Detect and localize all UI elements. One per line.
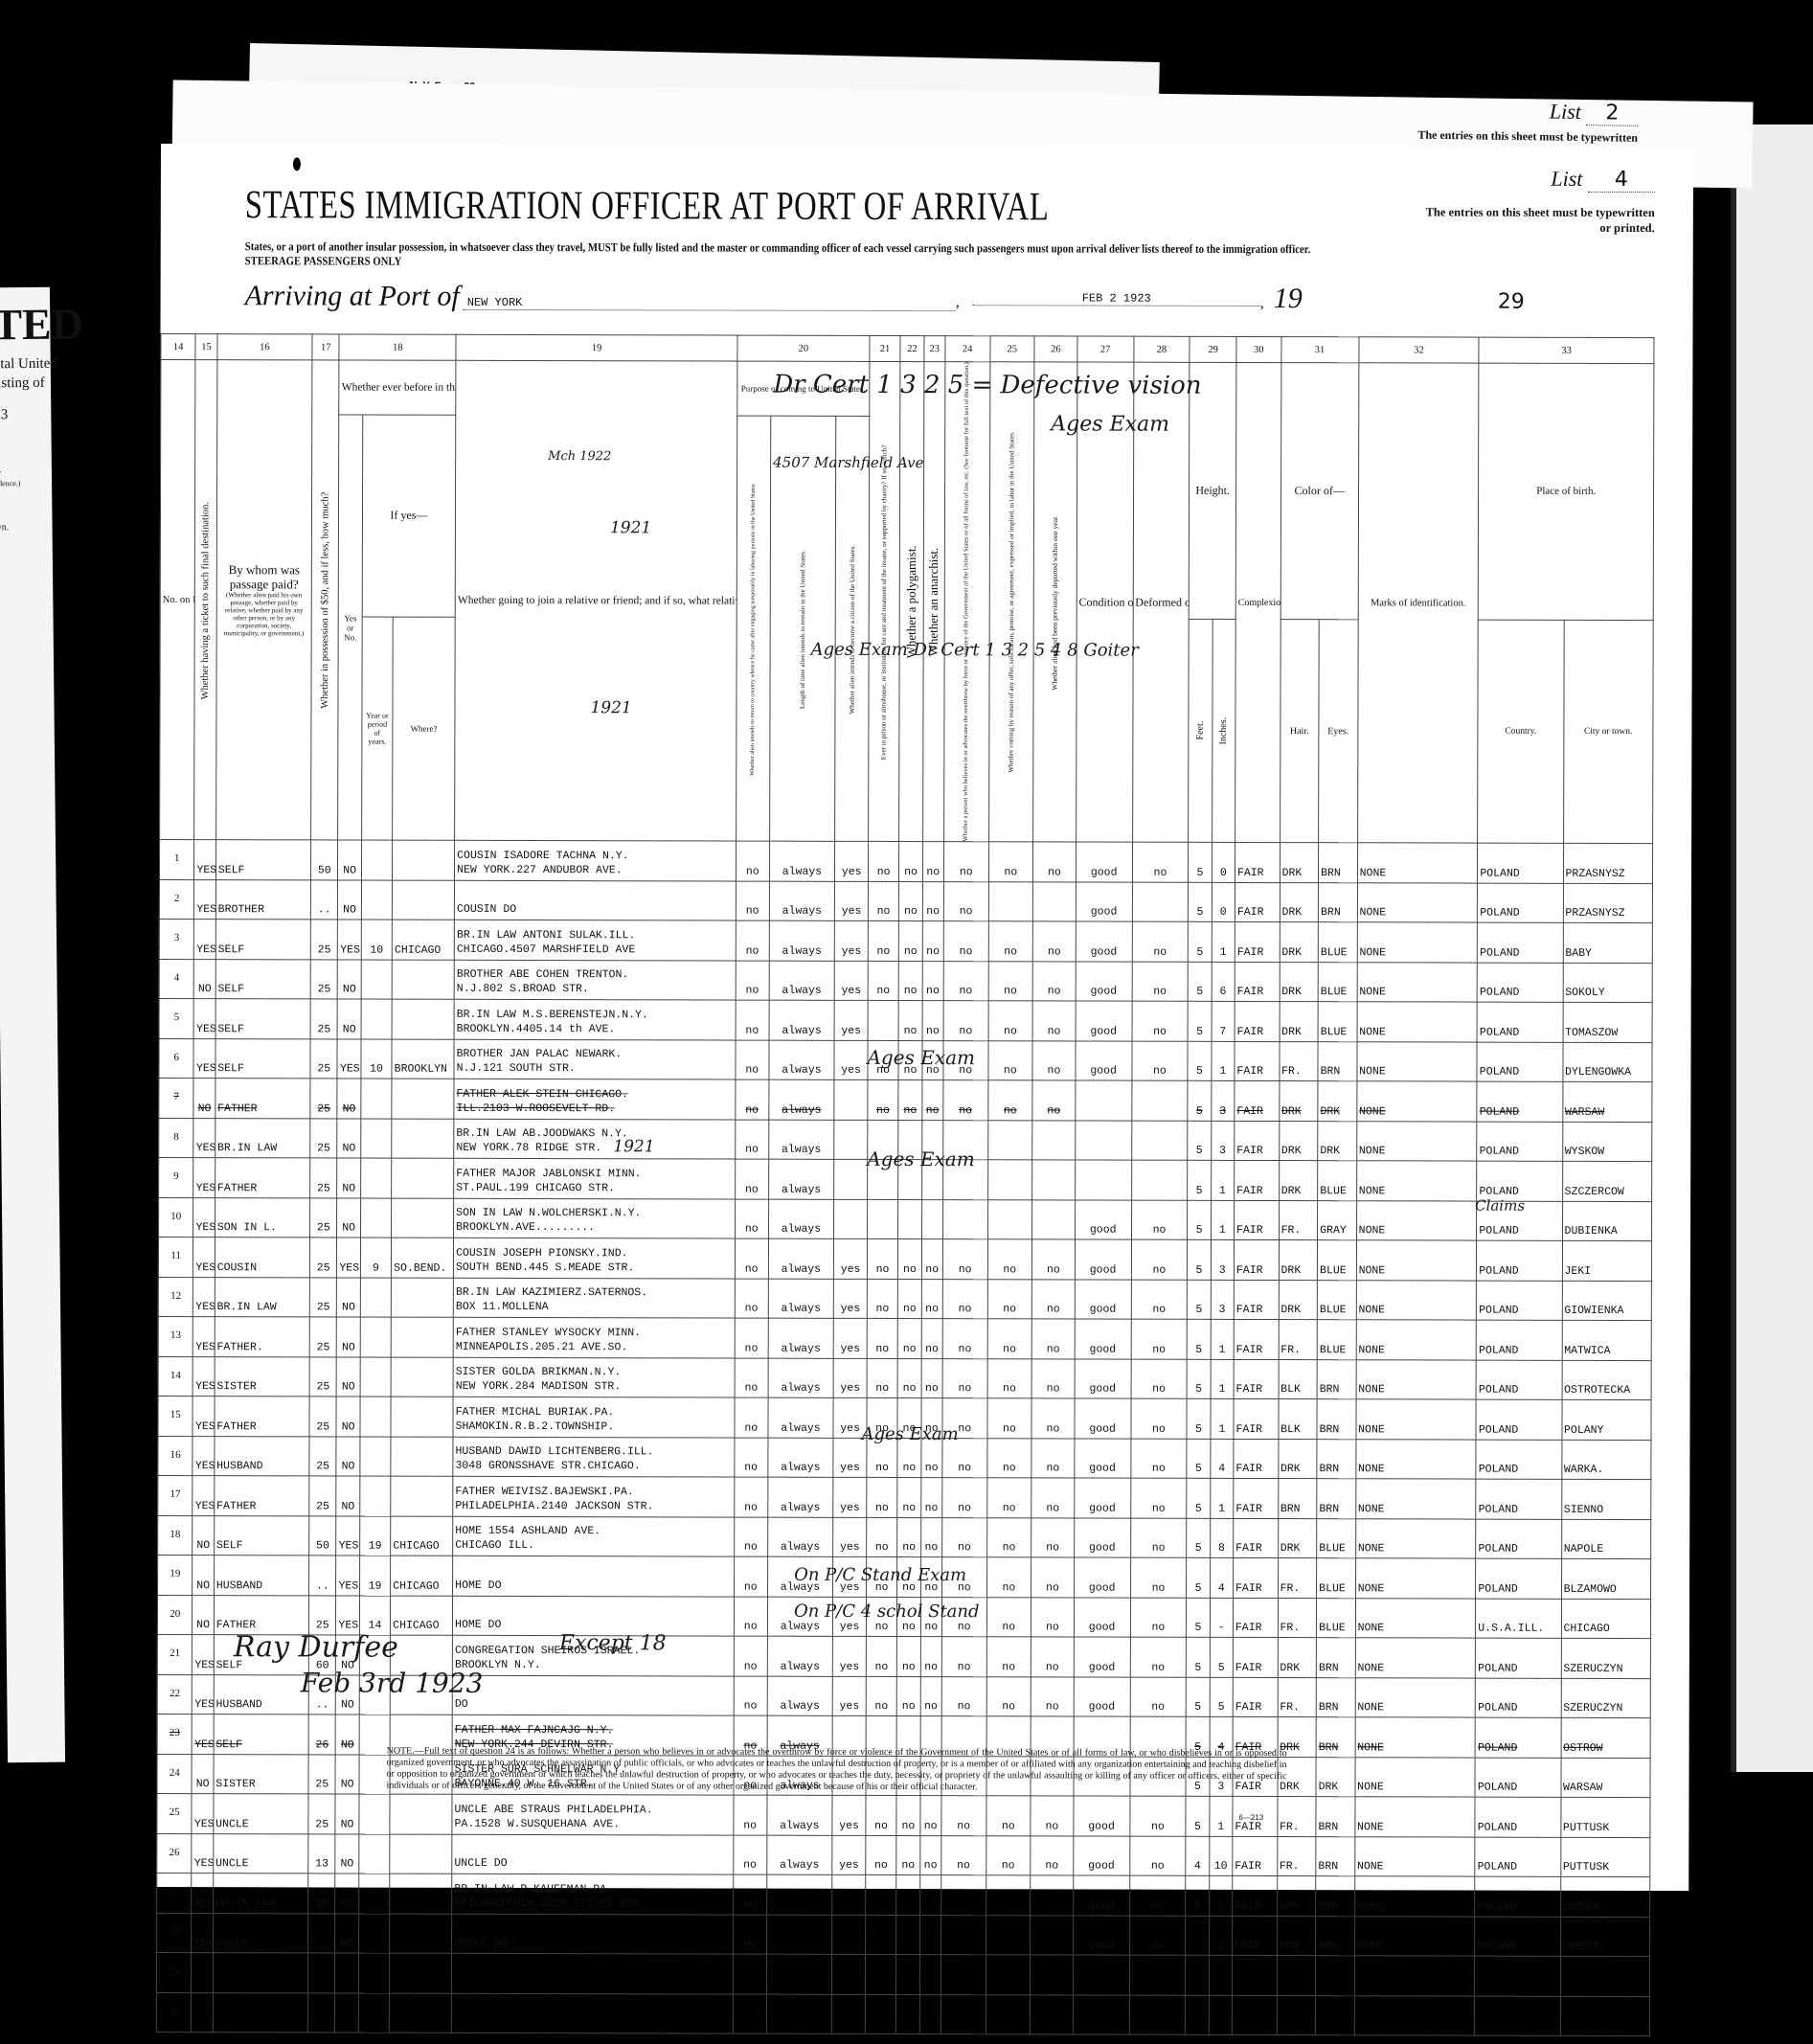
prison-cell [865, 1994, 896, 2034]
return-intent-cell: no [734, 1636, 767, 1676]
join-address-cell: FATHER ALEK STEIN CHICAGO.ILL.2103 W.ROO… [454, 1079, 736, 1120]
page-title: STATES IMMIGRATION OFFICER AT PORT OF AR… [245, 182, 1050, 230]
citizen-intent-cell: yes [833, 1438, 867, 1478]
paid-by-cell: COUSIN [215, 1238, 309, 1278]
deformed-cell: no [1131, 1280, 1188, 1320]
polygamist-cell [898, 1120, 921, 1160]
polygamist-cell [896, 1915, 919, 1955]
q25-cell: no [986, 1637, 1031, 1677]
return-intent-cell: no [736, 1079, 769, 1120]
marks-cell: NONE [1355, 1758, 1476, 1798]
row-number: 19 [158, 1556, 193, 1596]
ticket-cell: YES [194, 840, 215, 880]
eye-color-cell: BRN [1319, 843, 1358, 883]
anarchist-cell [921, 1199, 942, 1239]
left-sheet-line: 23 [0, 407, 8, 423]
citizen-intent-cell [832, 1915, 866, 1955]
ticket-cell: YES [192, 1833, 213, 1874]
join-line-2: UNCLE DO [454, 1856, 731, 1872]
before-in-us-cell: YES [338, 920, 361, 960]
height-inches-cell: 1 [1210, 1479, 1233, 1519]
q25-cell [988, 882, 1033, 922]
join-address-cell: CONGREGATION SHEIROS ISRAEL.BROOKLYN N.Y… [452, 1636, 734, 1676]
length-of-stay-cell: always [768, 1358, 834, 1398]
city-cell: SZERUCZYN [1561, 1639, 1651, 1679]
citizen-intent-cell: yes [834, 1239, 868, 1280]
where-cell: CHICAGO [392, 920, 454, 960]
row-number: 27 [157, 1874, 193, 1914]
header-color-of: Color of— [1280, 363, 1359, 620]
deported-cell [1032, 1121, 1076, 1161]
where-cell [390, 1675, 452, 1715]
header-deported: Whether alien had been previously deport… [1033, 362, 1077, 842]
passenger-row: 10YESSON IN L.25NOSON IN LAW N.WOLCHERSK… [159, 1197, 1652, 1241]
length-of-stay-cell: always [768, 1238, 834, 1279]
country-cell: POLAND [1475, 1917, 1560, 1957]
return-intent-cell: no [735, 1397, 768, 1438]
citizen-intent-cell [832, 1875, 866, 1916]
q24-cell [942, 1199, 987, 1239]
deported-cell: no [1032, 1080, 1076, 1121]
ticket-cell: NO [192, 1754, 213, 1794]
join-line-1: SISTER GOLDA BRIKMAN.N.Y. [456, 1365, 733, 1380]
join-address-cell: SON IN LAW N.WOLCHERSKI.N.Y.BROOKLYN.AVE… [454, 1198, 736, 1238]
prison-cell: no [866, 1835, 897, 1875]
year-cell [360, 1198, 392, 1238]
join-line-1: FATHER MICHAL BURIAK.PA. [456, 1405, 733, 1420]
before-in-us-cell: NO [338, 999, 361, 1039]
citizen-intent-cell: yes [832, 1796, 866, 1836]
height-feet-cell: 5 [1186, 1876, 1209, 1917]
join-line-1: UNCLE ABE STRAUS PHILADELPHIA. [455, 1803, 732, 1818]
prison-cell: no [868, 1080, 899, 1121]
height-inches-cell: 1 [1211, 1320, 1234, 1360]
join-line-2: PA.1528 W.SUSQUEHANA AVE. [454, 1817, 731, 1832]
marks-cell: NONE [1356, 1201, 1477, 1241]
q24-cell: no [942, 1319, 987, 1359]
ticket-cell: YES [193, 1277, 215, 1317]
join-line-2: NEW YORK.227 ANDUBOR AVE. [457, 863, 734, 878]
country-cell: POLAND [1477, 1240, 1562, 1281]
row-number: 10 [159, 1197, 194, 1238]
citizen-intent-cell: yes [835, 842, 869, 882]
length-of-stay-cell [766, 1954, 832, 1994]
height-feet-cell: 5 [1187, 1399, 1210, 1440]
country-cell: POLAND [1478, 883, 1563, 923]
complexion-cell: FAIR [1235, 1081, 1280, 1122]
hair-color-cell: FR. [1278, 1558, 1317, 1599]
before-in-us-cell: NO [336, 1437, 359, 1477]
eye-color-cell: BLUE [1318, 922, 1357, 963]
length-of-stay-cell: always [766, 1835, 832, 1875]
height-feet-cell: 5 [1187, 1638, 1210, 1678]
height-feet-cell: 5 [1189, 843, 1212, 883]
header-passage-paid: By whom was passage paid? (Whether alien… [215, 360, 312, 841]
before-in-us-cell: NO [337, 1079, 360, 1119]
country-cell: POLAND [1475, 1797, 1560, 1837]
arrival-line: Arriving at Port of NEW YORK, FEB 2 1923… [245, 280, 1525, 315]
join-line-2: N.J.121 SOUTH STR. [457, 1061, 734, 1077]
join-address-cell: FATHER MAJOR JABLONSKI MINN.ST.PAUL.199 … [454, 1159, 736, 1199]
year-cell: 9 [360, 1238, 392, 1278]
join-line-2: NEW YORK.284 MADISON STR. [456, 1379, 733, 1395]
eye-color-cell: BRN [1316, 1677, 1355, 1717]
join-line-1: BR.IN LAW P.KAUFFMAN.PA. [454, 1882, 731, 1897]
q24-cell: no [942, 1478, 987, 1518]
polygamist-cell: no [897, 1637, 920, 1677]
left-sheet-line: wn. [0, 522, 9, 533]
year-cell: 14 [359, 1596, 391, 1636]
row-number: 22 [157, 1674, 193, 1715]
anarchist-cell: no [921, 1398, 942, 1439]
eye-color-cell: BRN [1318, 1041, 1357, 1081]
return-intent-cell: no [736, 1120, 769, 1160]
row-number: 3 [159, 920, 194, 960]
q25-cell: no [986, 1836, 1031, 1876]
passenger-row: 16YESHUSBAND25NOHUSBAND DAWID LICHTENBER… [158, 1436, 1651, 1480]
polygamist-cell: no [898, 1239, 921, 1280]
marks-cell: NONE [1356, 1081, 1477, 1122]
year-cell [359, 1755, 391, 1795]
q24-cell: no [943, 961, 988, 1001]
hair-color-cell: DRK [1279, 1081, 1318, 1122]
health-cell: good [1073, 1916, 1129, 1956]
left-sheet-line: n. [0, 465, 1, 475]
year-cell [360, 1357, 392, 1397]
citizen-intent-cell [832, 1955, 866, 1995]
passenger-row: 21YESSELF60NOCONGREGATION SHEIROS ISRAEL… [157, 1635, 1650, 1679]
year-cell [358, 1953, 390, 1993]
polygamist-cell: no [897, 1517, 920, 1557]
anarchist-cell: no [919, 1835, 940, 1875]
prison-cell: no [867, 1319, 898, 1359]
where-cell [392, 1198, 454, 1238]
paid-by-cell: FATHER [214, 1595, 308, 1635]
header-q24: Whether a person who believes in or advo… [944, 362, 990, 842]
citizen-intent-cell: yes [833, 1478, 867, 1518]
city-cell: MATWICA [1562, 1321, 1652, 1361]
before-in-us-cell [335, 1953, 358, 1993]
deported-cell [1031, 1955, 1074, 1995]
hair-color-cell: BLK [1279, 1399, 1318, 1440]
paid-by-cell: HUSBAND [215, 1436, 309, 1476]
deported-cell [1031, 1875, 1074, 1916]
join-address-cell: BR.IN LAW KAZIMIERZ.SATERNOS.BOX 11.MOLL… [453, 1278, 735, 1318]
prison-cell: no [866, 1557, 897, 1598]
where-cell [393, 880, 455, 920]
passenger-row: 1YESSELF50NOCOUSIN ISADORE TACHNA N.Y.NE… [159, 840, 1652, 884]
header-city: City or town. [1563, 620, 1653, 844]
money-cell: 38 [308, 1874, 335, 1914]
before-in-us-cell: NO [337, 1119, 360, 1159]
city-cell: WARSAW [1562, 1082, 1652, 1123]
q25-cell: no [988, 842, 1033, 882]
left-sheet-line: ntal United [0, 356, 57, 374]
prison-cell [868, 1160, 899, 1200]
height-feet-cell: 5 [1188, 1280, 1211, 1320]
q25-cell: no [986, 1439, 1031, 1479]
height-feet-cell [1186, 1956, 1209, 1996]
deported-cell: no [1031, 1518, 1075, 1558]
join-line-2: ST.PAUL.199 CHICAGO STR. [456, 1181, 733, 1196]
passenger-row: 18NOSELF50YES19CHICAGOHOME 1554 ASHLAND … [158, 1515, 1651, 1559]
height-inches-cell: 5 [1210, 1638, 1233, 1678]
before-in-us-cell: NO [338, 960, 361, 1000]
ticket-cell: YES [192, 1794, 213, 1834]
q24-cell: no [943, 1080, 988, 1121]
where-cell: SO.BEND. [392, 1238, 454, 1278]
header-before-in-us: Whether ever before in the United States… [339, 360, 456, 415]
header-length-of-stay: Length of time alien intends to remain i… [769, 416, 836, 841]
deported-cell: no [1031, 1359, 1075, 1399]
polygamist-cell: no [899, 881, 922, 921]
join-address-cell: FATHER STANLEY WYSOCKY MINN.MINNEAPOLIS.… [453, 1318, 735, 1358]
return-intent-cell: no [735, 1358, 768, 1398]
health-cell: good [1076, 962, 1132, 1002]
q25-cell [986, 1995, 1031, 2035]
prison-cell: no [867, 1239, 898, 1280]
join-address-cell: COUSIN DO [454, 880, 736, 920]
marks-cell: NONE [1354, 1876, 1475, 1917]
length-of-stay-cell: always [767, 1477, 833, 1517]
citizen-intent-cell: yes [834, 1279, 868, 1319]
join-address-cell [452, 1954, 734, 1994]
height-inches-cell: 0 [1212, 882, 1235, 922]
country-cell: U.S.A.ILL. [1476, 1599, 1561, 1639]
city-cell: CHEDUC [1560, 1917, 1650, 1957]
length-of-stay-cell: always [769, 920, 835, 961]
join-line-2: ILL.2103 W.ROOSEVELT RD. [456, 1101, 733, 1117]
q24-cell [940, 1955, 986, 1995]
ticket-cell: YES [193, 1715, 214, 1755]
passenger-row: 5YESSELF25NOBR.IN LAW M.S.BERENSTEJN.N.Y… [159, 999, 1652, 1043]
city-cell: PRZASNYSZ [1563, 844, 1653, 884]
height-feet-cell: 5 [1187, 1439, 1210, 1479]
arrival-date-stamp: FEB 2 1923 [973, 291, 1260, 307]
height-feet-cell: 4 [1186, 1836, 1209, 1876]
deformed-cell: no [1129, 1796, 1186, 1836]
join-address-cell: BROTHER JAN PALAC NEWARK.N.J.121 SOUTH S… [454, 1039, 736, 1079]
eye-color-cell: BRN [1316, 1717, 1355, 1758]
q24-cell: no [941, 1796, 986, 1836]
join-line-2: UNCLE DO [454, 1936, 731, 1951]
before-in-us-cell: NO [335, 1874, 358, 1914]
money-cell: 50 [311, 840, 338, 880]
country-cell: POLAND [1477, 1201, 1562, 1241]
hair-color-cell: FR. [1278, 1598, 1317, 1638]
height-inches-cell: 8 [1210, 1518, 1233, 1558]
ticket-cell: YES [193, 1197, 215, 1238]
height-inches-cell: 3 [1211, 1280, 1234, 1320]
year-cell [361, 960, 393, 1000]
ticket-cell: YES [194, 999, 215, 1039]
passenger-row: 8YESBR.IN LAW25NOBR.IN LAW AB.JOODWAKS N… [159, 1118, 1652, 1162]
row-number: 20 [157, 1595, 193, 1635]
country-cell [1475, 1956, 1560, 1996]
hair-color-cell: BRN [1277, 1876, 1316, 1917]
hair-color-cell: DRK [1280, 882, 1319, 922]
complexion-cell: FAIR [1235, 1041, 1280, 1081]
deformed-cell: no [1130, 1478, 1187, 1518]
polygamist-cell: no [897, 1398, 920, 1439]
where-cell [390, 1874, 452, 1914]
join-line-2: HOME DO [455, 1578, 732, 1594]
prison-cell: no [868, 921, 899, 962]
where-cell [390, 1794, 452, 1834]
header-marks: Marks of identification. [1357, 363, 1479, 844]
q25-cell: no [986, 1518, 1031, 1558]
where-cell [391, 1397, 453, 1437]
length-of-stay-cell: always [767, 1556, 833, 1597]
country-cell: POLAND [1476, 1360, 1561, 1400]
where-cell [391, 1437, 453, 1477]
eye-color-cell: BLUE [1318, 962, 1357, 1002]
row-number: 11 [158, 1238, 193, 1278]
length-of-stay-cell: always [769, 841, 835, 881]
height-feet-cell: 5 [1189, 962, 1212, 1002]
header-polygamist: Whether a polygamist. [899, 362, 924, 842]
height-feet-cell: 5 [1188, 1161, 1211, 1201]
hair-color-cell: DRK [1278, 1518, 1317, 1558]
eye-color-cell: BRN [1317, 1439, 1356, 1479]
q25-cell: no [988, 962, 1033, 1002]
join-line-1: FATHER ALEK STEIN CHICAGO. [456, 1087, 733, 1102]
year-cell [361, 840, 393, 880]
height-feet-cell: 5 [1187, 1598, 1210, 1638]
money-cell: 25 [310, 1119, 337, 1159]
left-sheet-line: listing of [0, 375, 45, 393]
paid-by-cell: SELF [214, 1515, 308, 1556]
prison-cell [868, 1001, 899, 1041]
return-intent-cell: no [735, 1556, 768, 1597]
join-address-cell: BR.IN LAW ANTONI SULAK.ILL.CHICAGO.4507 … [454, 920, 736, 961]
deported-cell: no [1032, 1001, 1076, 1041]
row-number: 13 [158, 1317, 193, 1357]
city-cell: TOMASZOW [1563, 1003, 1653, 1043]
city-cell: WYSKOW [1562, 1122, 1652, 1162]
marks-cell: NONE [1355, 1638, 1476, 1678]
join-line-1: COUSIN JOSEPH PIONSKY.IND. [456, 1246, 733, 1261]
header-where: Where? [393, 617, 456, 841]
join-line-1: BR.IN LAW M.S.BERENSTEJN.N.Y. [457, 1008, 734, 1023]
anarchist-cell: no [922, 881, 943, 921]
health-cell [1073, 1955, 1129, 1995]
polygamist-cell: no [897, 1597, 920, 1637]
height-inches-cell: 3 [1211, 1081, 1234, 1122]
q25-cell: no [988, 1001, 1033, 1041]
before-in-us-cell: NO [338, 880, 361, 920]
money-cell: 25 [310, 1238, 337, 1278]
complexion-cell: FAIR [1235, 922, 1280, 963]
health-cell [1075, 1160, 1131, 1200]
complexion-cell [1232, 1995, 1277, 2035]
hair-color-cell: FR. [1277, 1797, 1316, 1837]
length-of-stay-cell [766, 1994, 832, 2034]
city-cell: POLANY [1561, 1400, 1651, 1441]
length-of-stay-cell: always [767, 1636, 833, 1676]
q24-cell: no [942, 1279, 987, 1319]
before-in-us-cell: NO [335, 1914, 358, 1954]
marks-cell: NONE [1357, 922, 1478, 963]
eye-color-cell: DRK [1316, 1757, 1355, 1797]
before-in-us-cell: NO [335, 1794, 358, 1834]
row-number: 24 [157, 1754, 193, 1794]
polygamist-cell: no [897, 1557, 920, 1598]
prison-cell [867, 1199, 898, 1239]
prison-cell [865, 1915, 896, 1955]
height-inches-cell: 1 [1211, 1161, 1234, 1201]
paid-by-cell: FATHER [215, 1476, 309, 1516]
height-inches-cell: 1 [1211, 1200, 1234, 1240]
q24-cell [943, 1160, 988, 1200]
deported-cell: no [1032, 1239, 1076, 1280]
paid-by-cell: SELF [215, 920, 310, 960]
anarchist-cell: no [922, 921, 943, 962]
complexion-cell: FAIR [1235, 962, 1280, 1002]
join-line-2: BROOKLYN.AVE......... [456, 1220, 733, 1236]
before-in-us-cell: YES [336, 1516, 359, 1556]
prison-cell: no [867, 1478, 898, 1518]
health-cell: good [1075, 1398, 1131, 1439]
eye-color-cell: BLUE [1317, 1598, 1356, 1638]
prison-cell: no [868, 842, 899, 882]
hair-color-cell: FR. [1279, 1200, 1318, 1240]
column-number-row: 14 15 16 17 18 19 20 21 22 23 24 25 26 2… [161, 334, 1654, 364]
join-address-cell: SISTER GOLDA BRIKMAN.N.Y.NEW YORK.284 MA… [453, 1357, 735, 1397]
join-address-cell: HOME DO [453, 1596, 735, 1636]
eye-color-cell: BRN [1316, 1876, 1355, 1917]
marks-cell: NONE [1356, 1360, 1477, 1400]
row-number: 8 [159, 1118, 194, 1158]
ticket-cell: YES [193, 1476, 214, 1516]
marks-cell: NONE [1357, 1002, 1478, 1042]
health-cell: good [1074, 1836, 1130, 1876]
year-cell [360, 1278, 392, 1318]
complexion-cell: FAIR [1234, 1280, 1279, 1320]
hair-color-cell: DRK [1280, 843, 1319, 883]
deformed-cell: no [1131, 1398, 1188, 1439]
paid-by-cell: FATHER. [215, 1317, 309, 1357]
length-of-stay-cell: always [767, 1517, 833, 1557]
citizen-intent-cell: yes [835, 881, 869, 921]
anarchist-cell: no [920, 1676, 941, 1716]
return-intent-cell: no [736, 1000, 769, 1040]
health-cell: good [1074, 1557, 1130, 1598]
passenger-row: 26YESUNCLE13NOUNCLE DOnoalwaysyesnononon… [157, 1833, 1650, 1877]
marks-cell: NONE [1354, 1917, 1475, 1957]
deported-cell: no [1031, 1439, 1075, 1479]
marks-cell: NONE [1355, 1558, 1476, 1599]
passenger-rows: 1YESSELF50NOCOUSIN ISADORE TACHNA N.Y.NE… [156, 840, 1652, 2036]
complexion-cell: FAIR [1233, 1677, 1278, 1717]
deported-cell: no [1031, 1398, 1075, 1439]
citizen-intent-cell: yes [833, 1676, 867, 1716]
country-cell: POLAND [1478, 922, 1563, 963]
country-cell: POLAND [1475, 1758, 1560, 1798]
before-in-us-cell: NO [337, 1357, 360, 1397]
citizen-intent-cell: yes [832, 1835, 866, 1875]
city-cell: JEKI [1562, 1241, 1652, 1282]
health-cell: good [1074, 1518, 1130, 1558]
q25-cell: no [987, 1239, 1032, 1280]
citizen-intent-cell [832, 1994, 866, 2034]
marks-cell: NONE [1356, 1161, 1477, 1201]
join-line-1: HUSBAND DAWID LICHTENBERG.ILL. [456, 1444, 733, 1460]
marks-cell: NONE [1356, 1281, 1477, 1321]
row-number: 5 [159, 999, 194, 1039]
citizen-intent-cell: yes [834, 1040, 868, 1080]
ticket-cell: YES [192, 1874, 213, 1914]
